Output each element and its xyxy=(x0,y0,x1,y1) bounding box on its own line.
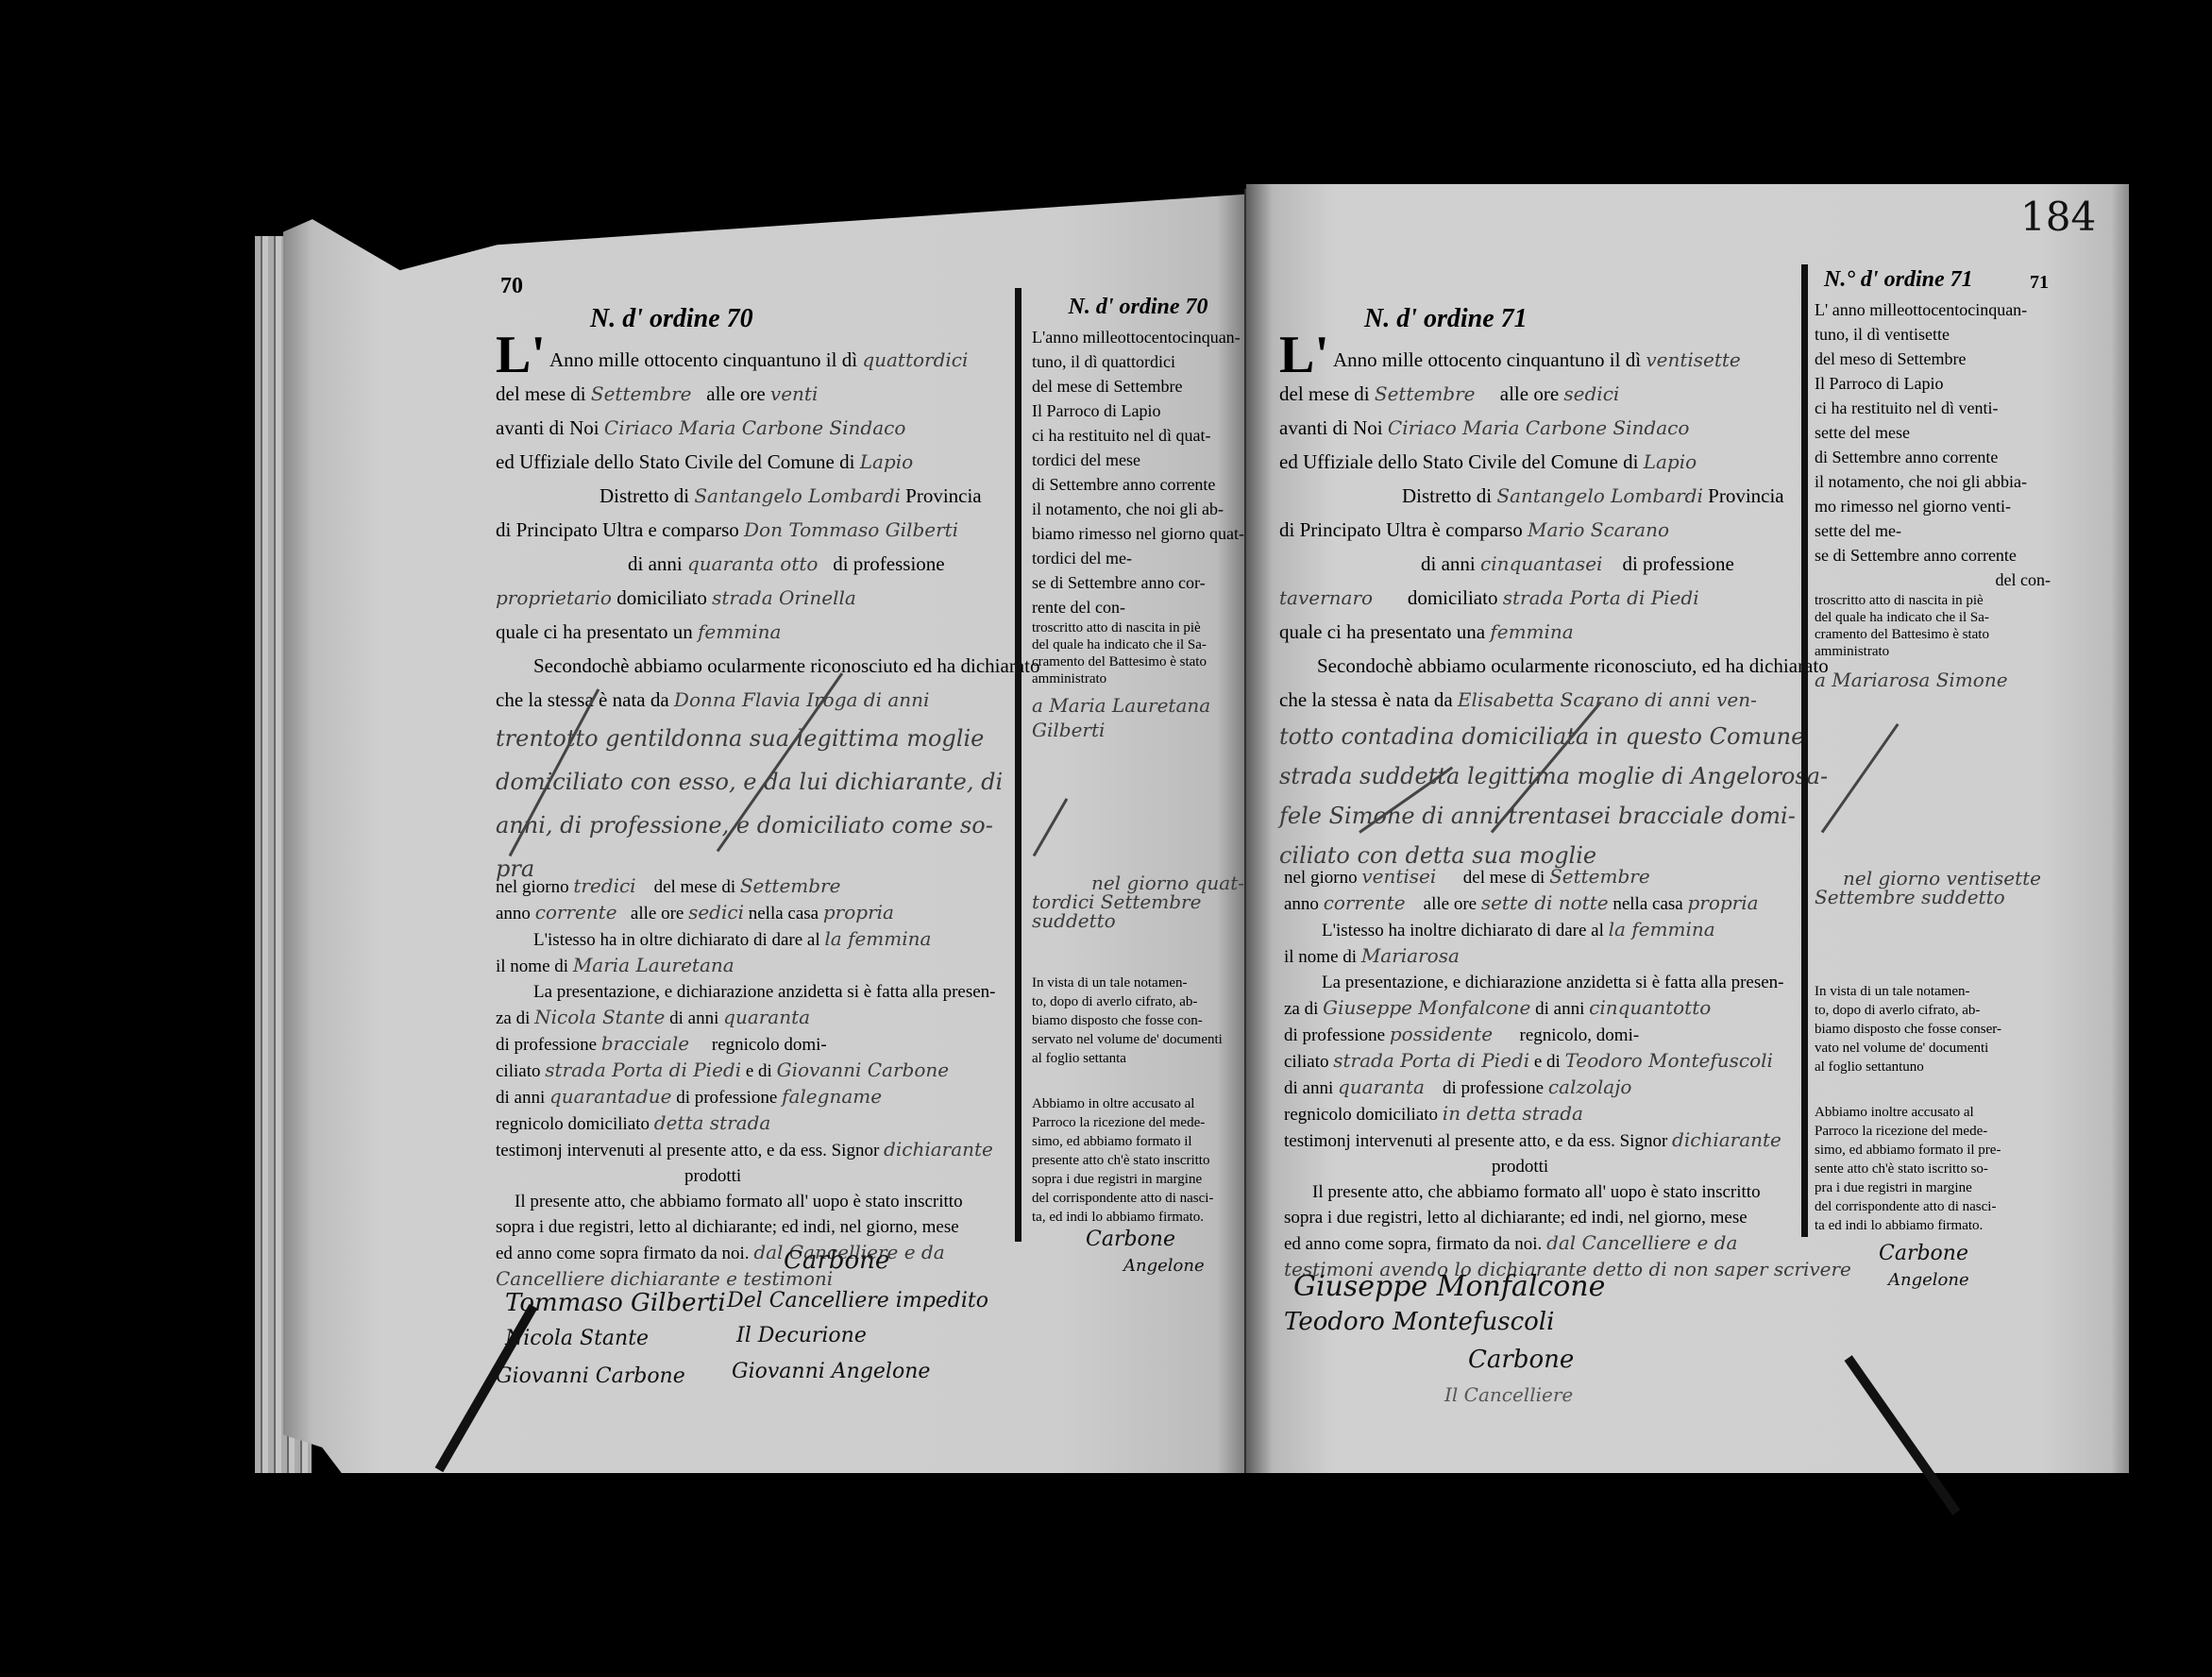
closing-handwriting: Cancelliere dichiarante e testimoni xyxy=(496,1266,1015,1292)
margin-line: del meso di Settembre xyxy=(1815,347,2051,371)
lower-line-6: za di Giuseppe Monfalcone di anni cinqua… xyxy=(1284,995,1813,1022)
lower-line-15: ed anno come sopra, firmato da noi. dal … xyxy=(1284,1230,1813,1257)
lower-line-4: il nome di Mariarosa xyxy=(1284,943,1813,970)
act-title: N. d' ordine 70 xyxy=(590,302,1015,336)
margin-line: troscritto atto di nascita in piè xyxy=(1032,619,1244,636)
margin-lower-line: Parroco la ricezione del mede- xyxy=(1032,1113,1244,1132)
act-line-3: avanti di Noi Ciriaco Maria Carbone Sind… xyxy=(496,411,1015,445)
margin-line: se di Settembre anno cor- xyxy=(1032,570,1244,595)
right-column-rule xyxy=(1801,264,1808,1237)
lower-line-14: sopra i due registri, letto al dichiaran… xyxy=(1284,1205,1813,1230)
right-main-act-lower: nel giorno ventisei del mese di Settembr… xyxy=(1284,864,1813,1282)
left-margin-act-lower: nel giorno quat- tordici Settembre sudde… xyxy=(1032,873,1244,1227)
signature-6: Il Decurione xyxy=(736,1324,867,1347)
lower-line-1: nel giorno ventisei del mese di Settembr… xyxy=(1284,864,1813,890)
left-main-act-lower: nel giorno tredici del mese di Settembre… xyxy=(496,873,1015,1292)
margin-line: se di Settembre anno corrente xyxy=(1815,543,2051,567)
lower-line-2: anno corrente alle ore sedici nella casa… xyxy=(496,900,1015,926)
margin-line: del quale ha indicato che il Sa- xyxy=(1032,636,1244,653)
margin-line: il notamento, che noi gli ab- xyxy=(1032,497,1244,521)
margin-lower-line: In vista di un tale notamen- xyxy=(1815,982,2041,1001)
margin-line: di Settembre anno corrente xyxy=(1032,472,1244,497)
margin-act-title: N.° d' ordine 71 xyxy=(1824,267,2051,292)
act-line-7: di anni quaranta otto di professione xyxy=(496,547,1015,581)
lower-line-8: ciliato strada Porta di Piedi e di Teodo… xyxy=(1284,1048,1813,1075)
margin-signature-1: Carbone xyxy=(1086,1228,1175,1251)
lower-line-12: prodotti xyxy=(1284,1154,1813,1179)
margin-lower-line: vato nel volume de' documenti xyxy=(1815,1039,2041,1058)
signature-3: Carbone xyxy=(1468,1346,1574,1374)
lower-line-13: Il presente atto, che abbiamo formato al… xyxy=(1284,1179,1813,1205)
margin-line: Il Parroco di Lapio xyxy=(1032,398,1244,423)
lower-line-8: ciliato strada Porta di Piedi e di Giova… xyxy=(496,1058,1015,1084)
act-line-8: tavernaro domiciliato strada Porta di Pi… xyxy=(1279,581,1803,615)
left-margin-act: N. d' ordine 70 L'anno milleottocentocin… xyxy=(1032,295,1244,742)
signature-1: Giuseppe Monfalcone xyxy=(1293,1270,1605,1303)
lower-line-3: L'istesso ha in oltre dichiarato di dare… xyxy=(496,926,1015,953)
margin-lower-line: Settembre suddetto xyxy=(1815,888,2041,906)
margin-lower-line: to, dopo di averlo cifrato, ab- xyxy=(1815,1001,2041,1020)
lower-line-5: La presentazione, e dichiarazione anzide… xyxy=(1284,970,1813,995)
act-line-5: Distretto di Santangelo Lombardi Provinc… xyxy=(1279,479,1803,513)
act-line-6: di Principato Ultra e comparso Don Tomma… xyxy=(496,513,1015,547)
act-line-9: quale ci ha presentato un femmina xyxy=(496,615,1015,649)
margin-line: sette del mese xyxy=(1815,420,2051,445)
margin-line: mo rimesso nel giorno venti- xyxy=(1815,494,2051,518)
margin-lower-line: simo, ed abbiamo formato il pre- xyxy=(1815,1141,2041,1160)
margin-line: di Settembre anno corrente xyxy=(1815,445,2051,469)
act-line-1: L' Anno mille ottocento cinquantuno il d… xyxy=(496,336,1015,377)
margin-line: il notamento, che noi gli abbia- xyxy=(1815,469,2051,494)
margin-line: ci ha restituito nel dì venti- xyxy=(1815,396,2051,420)
margin-line: L'anno milleottocentocinquan- xyxy=(1032,325,1244,349)
margin-lower-line: al foglio settantuno xyxy=(1815,1058,2041,1076)
signature-4: Il Cancelliere xyxy=(1444,1383,1573,1406)
lower-line-9: di anni quaranta di professione calzolaj… xyxy=(1284,1075,1813,1101)
margin-lower-line: al foglio settanta xyxy=(1032,1049,1244,1068)
handwritten-body-3: anni, di professione, e domiciliato come… xyxy=(496,804,1015,847)
signature-4: Carbone xyxy=(784,1246,889,1275)
act-line-4: ed Uffiziale dello Stato Civile del Comu… xyxy=(1279,445,1803,479)
margin-lower-line: Abbiamo inoltre accusato al xyxy=(1815,1103,2041,1122)
lower-line-10: regnicolo domiciliato in detta strada xyxy=(1284,1101,1813,1127)
margin-corner-number: 71 xyxy=(2030,272,2049,294)
margin-lower-line: servato nel volume de' documenti xyxy=(1032,1030,1244,1049)
act-title: N. d' ordine 71 xyxy=(1364,302,1803,336)
signature-3: Giovanni Carbone xyxy=(496,1364,685,1388)
act-line-3: avanti di Noi Ciriaco Maria Carbone Sind… xyxy=(1279,411,1803,445)
margin-lower-line: ta ed indi lo abbiamo firmato. xyxy=(1815,1216,2041,1235)
margin-act-title: N. d' ordine 70 xyxy=(1032,295,1244,319)
handwritten-body-1: totto contadina domiciliata in questo Co… xyxy=(1279,717,1803,756)
lower-line-11: testimonj intervenuti al presente atto, … xyxy=(1284,1127,1813,1154)
handwritten-body-2: strada suddetta legittima moglie di Ange… xyxy=(1279,756,1803,796)
margin-lower-line: tordici Settembre xyxy=(1032,892,1244,911)
margin-line: a Mariarosa Simone xyxy=(1815,668,2051,692)
stamp-number: 184 xyxy=(2020,194,2096,240)
margin-lower-line: ta, ed indi lo abbiamo firmato. xyxy=(1032,1208,1244,1227)
left-column-rule xyxy=(1015,288,1022,1242)
act-line-11: che la stessa è nata da Donna Flavia Iro… xyxy=(496,683,1015,717)
left-page-number: 70 xyxy=(500,274,523,299)
margin-line: biamo rimesso nel giorno quat- xyxy=(1032,521,1244,546)
signature-7: Giovanni Angelone xyxy=(732,1360,930,1383)
act-line-2: del mese di Settembre alle ore venti xyxy=(496,377,1015,411)
margin-line: cramento del Battesimo è stato xyxy=(1032,653,1244,670)
lower-line-13: Il presente atto, che abbiamo formato al… xyxy=(496,1189,1015,1214)
margin-lower-line: nel giorno quat- xyxy=(1032,873,1244,892)
lower-line-15: ed anno come sopra firmato da noi. dal C… xyxy=(496,1240,1015,1266)
act-line-4: ed Uffiziale dello Stato Civile del Comu… xyxy=(496,445,1015,479)
lower-line-7: di professione bracciale regnicolo domi- xyxy=(496,1031,1015,1058)
lower-line-2: anno corrente alle ore sette di notte ne… xyxy=(1284,890,1813,917)
margin-line: troscritto atto di nascita in piè xyxy=(1815,592,2051,609)
margin-line: amministrato xyxy=(1815,643,2051,660)
margin-lower-line: simo, ed abbiamo formato il xyxy=(1032,1132,1244,1151)
lower-line-9: di anni quarantadue di professione faleg… xyxy=(496,1084,1015,1110)
act-line-8: proprietario domiciliato strada Orinella xyxy=(496,581,1015,615)
margin-lower-line: biamo disposto che fosse con- xyxy=(1032,1011,1244,1030)
lower-line-12: prodotti xyxy=(496,1163,1015,1189)
margin-line: Gilberti xyxy=(1032,718,1244,742)
margin-signature-2: Angelone xyxy=(1123,1256,1205,1276)
margin-line: amministrato xyxy=(1032,670,1244,687)
margin-lower-line: del corrispondente atto di nasci- xyxy=(1032,1189,1244,1208)
margin-line: L' anno milleottocentocinquan- xyxy=(1815,297,2051,322)
lower-line-5: La presentazione, e dichiarazione anzide… xyxy=(496,979,1015,1005)
margin-lower-line: to, dopo di averlo cifrato, ab- xyxy=(1032,992,1244,1011)
margin-line: del mese di Settembre xyxy=(1032,374,1244,398)
margin-line: cramento del Battesimo è stato xyxy=(1815,626,2051,643)
margin-line: sette del me- xyxy=(1815,518,2051,543)
margin-line: tordici del me- xyxy=(1032,546,1244,570)
lower-line-3: L'istesso ha inoltre dichiarato di dare … xyxy=(1284,917,1813,943)
margin-line: rente del con- xyxy=(1032,595,1244,619)
act-line-10: Secondochè abbiamo ocularmente riconosci… xyxy=(1279,649,1803,683)
lower-line-7: di professione possidente regnicolo, dom… xyxy=(1284,1022,1813,1048)
handwritten-body-3: fele Simone di anni trentasei bracciale … xyxy=(1279,796,1803,836)
margin-signature-1: Carbone xyxy=(1879,1242,1968,1265)
right-margin-act-lower: nel giorno ventisette Settembre suddetto… xyxy=(1815,869,2041,1235)
margin-line: ci ha restituito nel dì quat- xyxy=(1032,423,1244,448)
margin-signature-2: Angelone xyxy=(1888,1270,1969,1290)
signature-1: Tommaso Gilberti xyxy=(505,1289,726,1317)
margin-lower-line: sopra i due registri in margine xyxy=(1032,1170,1244,1189)
margin-lower-line: In vista di un tale notamen- xyxy=(1032,974,1244,992)
register-spread: 70 N. d' ordine 70 L' Anno mille ottocen… xyxy=(0,0,2212,1677)
margin-line: del con- xyxy=(1815,567,2051,592)
right-margin-act: N.° d' ordine 71 L' anno milleottocentoc… xyxy=(1815,267,2051,692)
margin-line: del quale ha indicato che il Sa- xyxy=(1815,609,2051,626)
margin-lower-line: del corrispondente atto di nasci- xyxy=(1815,1197,2041,1216)
margin-lower-line: biamo disposto che fosse conser- xyxy=(1815,1020,2041,1039)
lower-line-1: nel giorno tredici del mese di Settembre xyxy=(496,873,1015,900)
act-line-2: del mese di Settembre alle ore sedici xyxy=(1279,377,1803,411)
margin-lower-line: presente atto ch'è stato inscritto xyxy=(1032,1151,1244,1170)
lower-line-4: il nome di Maria Lauretana xyxy=(496,953,1015,979)
margin-lower-line: Abbiamo in oltre accusato al xyxy=(1032,1094,1244,1113)
lower-line-11: testimonj intervenuti al presente atto, … xyxy=(496,1137,1015,1163)
act-line-1: L' Anno mille ottocento cinquantuno il d… xyxy=(1279,336,1803,377)
margin-lower-line: pra i due registri in margine xyxy=(1815,1178,2041,1197)
margin-line: tuno, il dì ventisette xyxy=(1815,322,2051,347)
margin-lower-line: Parroco la ricezione del mede- xyxy=(1815,1122,2041,1141)
margin-lower-line: suddetto xyxy=(1032,911,1244,930)
act-line-11: che la stessa è nata da Elisabetta Scara… xyxy=(1279,683,1803,717)
margin-line: Il Parroco di Lapio xyxy=(1815,371,2051,396)
margin-line: tordici del mese xyxy=(1032,448,1244,472)
signature-2: Teodoro Montefuscoli xyxy=(1284,1308,1554,1336)
right-main-act: N. d' ordine 71 L' Anno mille ottocento … xyxy=(1279,302,1803,875)
signature-2: Nicola Stante xyxy=(505,1327,649,1350)
act-line-5: Distretto di Santangelo Lombardi Provinc… xyxy=(496,479,1015,513)
lower-line-10: regnicolo domiciliato detta strada xyxy=(496,1110,1015,1137)
margin-line: a Maria Lauretana xyxy=(1032,693,1244,718)
left-main-act: N. d' ordine 70 L' Anno mille ottocento … xyxy=(496,302,1015,890)
margin-line: tuno, il dì quattordici xyxy=(1032,349,1244,374)
margin-lower-line: sente atto ch'è stato iscritto so- xyxy=(1815,1160,2041,1178)
act-line-6: di Principato Ultra è comparso Mario Sca… xyxy=(1279,513,1803,547)
act-line-9: quale ci ha presentato una femmina xyxy=(1279,615,1803,649)
act-line-7: di anni cinquantasei di professione xyxy=(1279,547,1803,581)
act-line-10: Secondochè abbiamo ocularmente riconosci… xyxy=(496,649,1015,683)
signature-5: Del Cancelliere impedito xyxy=(727,1289,988,1313)
lower-line-14: sopra i due registri, letto al dichiaran… xyxy=(496,1214,1015,1240)
lower-line-6: za di Nicola Stante di anni quaranta xyxy=(496,1005,1015,1031)
margin-lower-line: nel giorno ventisette xyxy=(1815,869,2041,888)
